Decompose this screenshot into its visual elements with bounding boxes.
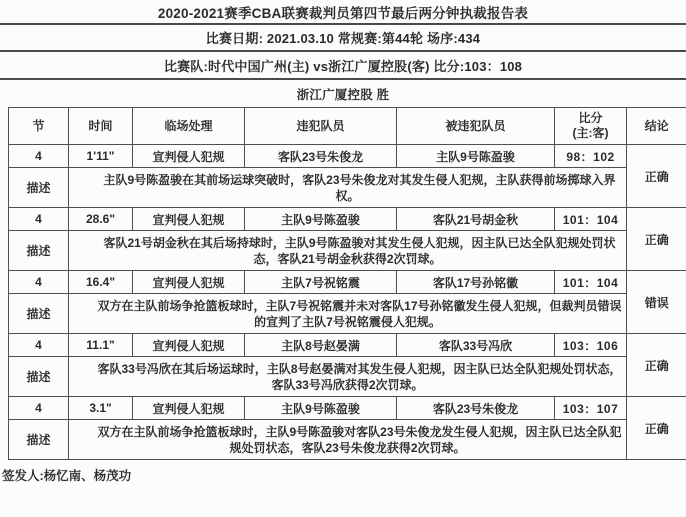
report-title: 2020-2021赛季CBA联赛裁判员第四节最后两分钟执裁报告表 xyxy=(0,0,686,25)
score-cell: 101：104 xyxy=(555,271,627,294)
offender-cell: 主队8号赵晏满 xyxy=(245,334,397,357)
description-row-5: 描述 双方在主队前场争抢篮板球时，主队9号陈盈骏对客队23号朱俊龙发生侵人犯规，… xyxy=(9,420,686,460)
offender-cell: 主队7号祝铭震 xyxy=(245,271,397,294)
match-date-line: 比赛日期: 2021.03.10 常规赛:第44轮 场序:434 xyxy=(0,25,686,52)
offended-cell: 客队21号胡金秋 xyxy=(397,208,555,231)
ruling-cell: 宣判侵人犯规 xyxy=(133,397,245,420)
conclusion-cell: 正确 xyxy=(627,397,686,460)
ruling-cell: 宣判侵人犯规 xyxy=(133,208,245,231)
conclusion-cell: 错误 xyxy=(627,271,686,334)
match-result-line: 浙江广厦控股 胜 xyxy=(0,80,686,107)
description-cell: 主队9号陈盈骏在其前场运球突破时，客队23号朱俊龙对其发生侵人犯规，主队获得前场… xyxy=(69,168,627,208)
incident-row-2: 4 28.6" 宣判侵人犯规 主队9号陈盈骏 客队21号胡金秋 101：104 … xyxy=(9,208,686,231)
offended-cell: 客队33号冯欣 xyxy=(397,334,555,357)
conclusion-cell: 正确 xyxy=(627,145,686,208)
conclusion-cell: 正确 xyxy=(627,208,686,271)
incident-row-3: 4 16.4" 宣判侵人犯规 主队7号祝铭震 客队17号孙铭徽 101：104 … xyxy=(9,271,686,294)
description-row-2: 描述 客队21号胡金秋在其后场持球时，主队9号陈盈骏对其发生侵人犯规，因主队已达… xyxy=(9,231,686,271)
description-cell: 双方在主队前场争抢篮板球时，主队7号祝铭震并未对客队17号孙铭徽发生侵人犯规，但… xyxy=(69,294,627,334)
offender-cell: 客队23号朱俊龙 xyxy=(245,145,397,168)
col-header-quarter: 节 xyxy=(9,108,69,145)
conclusion-cell: 正确 xyxy=(627,334,686,397)
desc-label-cell: 描述 xyxy=(9,168,69,208)
desc-label-cell: 描述 xyxy=(9,357,69,397)
quarter-cell: 4 xyxy=(9,145,69,168)
quarter-cell: 4 xyxy=(9,397,69,420)
incident-row-4: 4 11.1" 宣判侵人犯规 主队8号赵晏满 客队33号冯欣 103：106 正… xyxy=(9,334,686,357)
description-row-3: 描述 双方在主队前场争抢篮板球时，主队7号祝铭震并未对客队17号孙铭徽发生侵人犯… xyxy=(9,294,686,334)
description-row-4: 描述 客队33号冯欣在其后场运球时，主队8号赵晏满对其发生侵人犯规，因主队已达全… xyxy=(9,357,686,397)
desc-label-cell: 描述 xyxy=(9,231,69,271)
time-cell: 28.6" xyxy=(69,208,133,231)
quarter-cell: 4 xyxy=(9,334,69,357)
match-teams-line: 比赛队:时代中国广州(主) vs浙江广厦控股(客) 比分:103：108 xyxy=(0,52,686,80)
incident-table: 节 时间 临场处理 违犯队员 被违犯队员 比分 (主:客) 结论 4 1'11"… xyxy=(8,107,686,460)
table-header-row: 节 时间 临场处理 违犯队员 被违犯队员 比分 (主:客) 结论 xyxy=(9,108,686,145)
referee-report-page: 2020-2021赛季CBA联赛裁判员第四节最后两分钟执裁报告表 比赛日期: 2… xyxy=(0,0,686,517)
score-cell: 101：104 xyxy=(555,208,627,231)
incident-row-1: 4 1'11" 宣判侵人犯规 客队23号朱俊龙 主队9号陈盈骏 98：102 正… xyxy=(9,145,686,168)
score-cell: 98：102 xyxy=(555,145,627,168)
offender-cell: 主队9号陈盈骏 xyxy=(245,397,397,420)
time-cell: 11.1" xyxy=(69,334,133,357)
score-cell: 103：107 xyxy=(555,397,627,420)
ruling-cell: 宣判侵人犯规 xyxy=(133,271,245,294)
quarter-cell: 4 xyxy=(9,271,69,294)
offended-cell: 主队9号陈盈骏 xyxy=(397,145,555,168)
description-cell: 双方在主队前场争抢篮板球时，主队9号陈盈骏对客队23号朱俊龙发生侵人犯规，因主队… xyxy=(69,420,627,460)
ruling-cell: 宣判侵人犯规 xyxy=(133,334,245,357)
offended-cell: 客队23号朱俊龙 xyxy=(397,397,555,420)
incident-row-5: 4 3.1" 宣判侵人犯规 主队9号陈盈骏 客队23号朱俊龙 103：107 正… xyxy=(9,397,686,420)
col-header-ruling: 临场处理 xyxy=(133,108,245,145)
col-header-offended: 被违犯队员 xyxy=(397,108,555,145)
desc-label-cell: 描述 xyxy=(9,420,69,460)
time-cell: 3.1" xyxy=(69,397,133,420)
offended-cell: 客队17号孙铭徽 xyxy=(397,271,555,294)
time-cell: 16.4" xyxy=(69,271,133,294)
description-cell: 客队33号冯欣在其后场运球时，主队8号赵晏满对其发生侵人犯规，因主队已达全队犯规… xyxy=(69,357,627,397)
col-header-score: 比分 (主:客) xyxy=(555,108,627,145)
issuer-line: 签发人:杨忆南、杨茂功 xyxy=(2,466,686,484)
description-cell: 客队21号胡金秋在其后场持球时，主队9号陈盈骏对其发生侵人犯规，因主队已达全队犯… xyxy=(69,231,627,271)
quarter-cell: 4 xyxy=(9,208,69,231)
score-cell: 103：106 xyxy=(555,334,627,357)
desc-label-cell: 描述 xyxy=(9,294,69,334)
offender-cell: 主队9号陈盈骏 xyxy=(245,208,397,231)
col-header-conclusion: 结论 xyxy=(627,108,686,145)
col-header-offender: 违犯队员 xyxy=(245,108,397,145)
col-header-time: 时间 xyxy=(69,108,133,145)
ruling-cell: 宣判侵人犯规 xyxy=(133,145,245,168)
time-cell: 1'11" xyxy=(69,145,133,168)
description-row-1: 描述 主队9号陈盈骏在其前场运球突破时，客队23号朱俊龙对其发生侵人犯规，主队获… xyxy=(9,168,686,208)
